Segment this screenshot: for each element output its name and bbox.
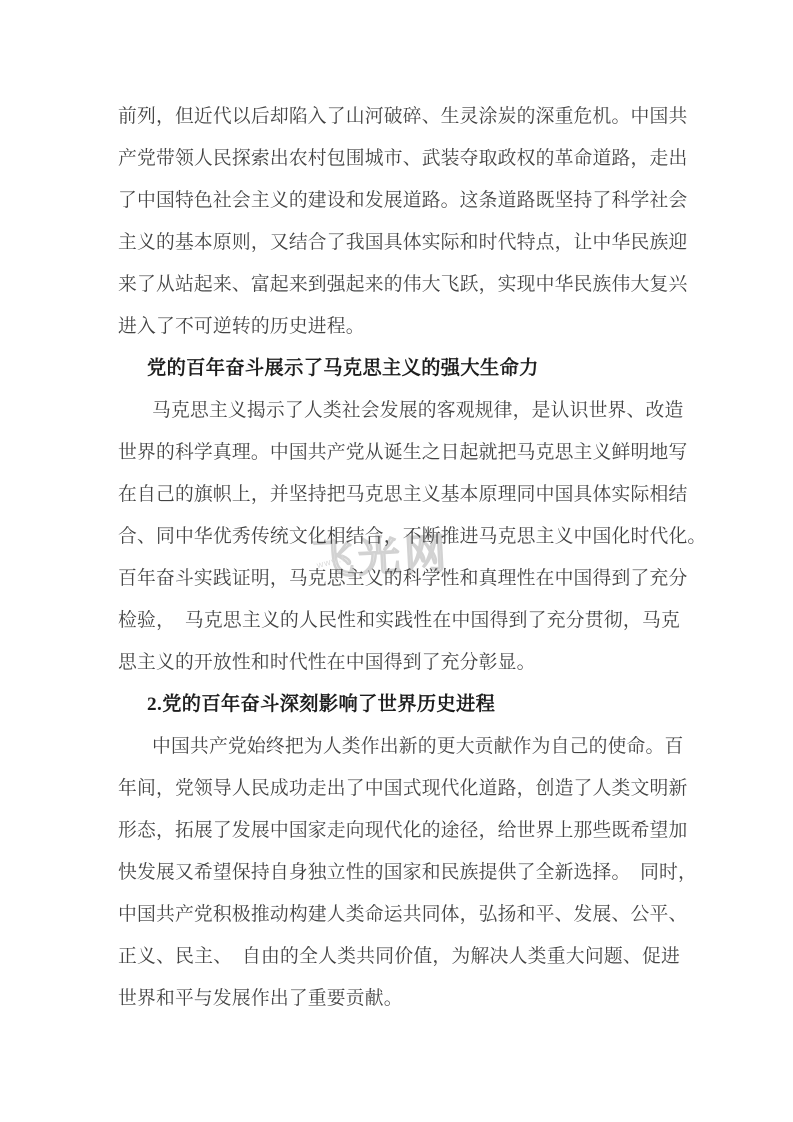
text-line: 进入了不可逆转的历史进程。 — [118, 306, 680, 348]
document-body: 前列，但近代以后却陷入了山河破碎、生灵涂炭的深重危机。中国共 产党带领人民探索出… — [118, 96, 680, 1020]
document-page: 飞光网 www.f 前列，但近代以后却陷入了山河破碎、生灵涂炭的深重危机。中国共… — [0, 0, 793, 1122]
text-line: 形态，拓展了发展中国家走向现代化的途径，给世界上那些既希望加 — [118, 810, 680, 852]
text-line: 世界的科学真理。中国共产党从诞生之日起就把马克思主义鲜明地写 — [118, 432, 680, 474]
text-line: 了中国特色社会主义的建设和发展道路。这条道路既坚持了科学社会 — [118, 180, 680, 222]
text-line: 年间，党领导人民成功走出了中国式现代化道路，创造了人类文明新 — [118, 768, 680, 810]
text-line: 正义、民主、 自由的全人类共同价值，为解决人类重大问题、促进 — [118, 936, 680, 978]
text-line: 快发展又希望保持自身独立性的国家和民族提供了全新选择。 同时， — [118, 852, 680, 894]
text-line: 世界和平与发展作出了重要贡献。 — [118, 978, 680, 1020]
text-line: 中国共产党积极推动构建人类命运共同体，弘扬和平、发展、公平、 — [118, 894, 680, 936]
text-line: 中国共产党始终把为人类作出新的更大贡献作为自己的使命。百 — [118, 726, 680, 768]
text-line: 思主义的开放性和时代性在中国得到了充分彰显。 — [118, 642, 680, 684]
text-line: 产党带领人民探索出农村包围城市、武装夺取政权的革命道路，走出 — [118, 138, 680, 180]
text-line: 合、同中华优秀传统文化相结合，不断推进马克思主义中国化时代化。 — [118, 516, 680, 558]
section-heading-marxism-vitality: 党的百年奋斗展示了马克思主义的强大生命力 — [118, 348, 680, 390]
text-line: 在自己的旗帜上，并坚持把马克思主义基本原理同中国具体实际相结 — [118, 474, 680, 516]
text-line: 主义的基本原则，又结合了我国具体实际和时代特点，让中华民族迎 — [118, 222, 680, 264]
text-line: 前列，但近代以后却陷入了山河破碎、生灵涂炭的深重危机。中国共 — [118, 96, 680, 138]
text-line: 检验， 马克思主义的人民性和实践性在中国得到了充分贯彻，马克 — [118, 600, 680, 642]
text-line: 来了从站起来、富起来到强起来的伟大飞跃，实现中华民族伟大复兴 — [118, 264, 680, 306]
text-line: 马克思主义揭示了人类社会发展的客观规律，是认识世界、改造 — [118, 390, 680, 432]
text-line: 百年奋斗实践证明，马克思主义的科学性和真理性在中国得到了充分 — [118, 558, 680, 600]
section-heading-world-history: 2.党的百年奋斗深刻影响了世界历史进程 — [118, 684, 680, 726]
